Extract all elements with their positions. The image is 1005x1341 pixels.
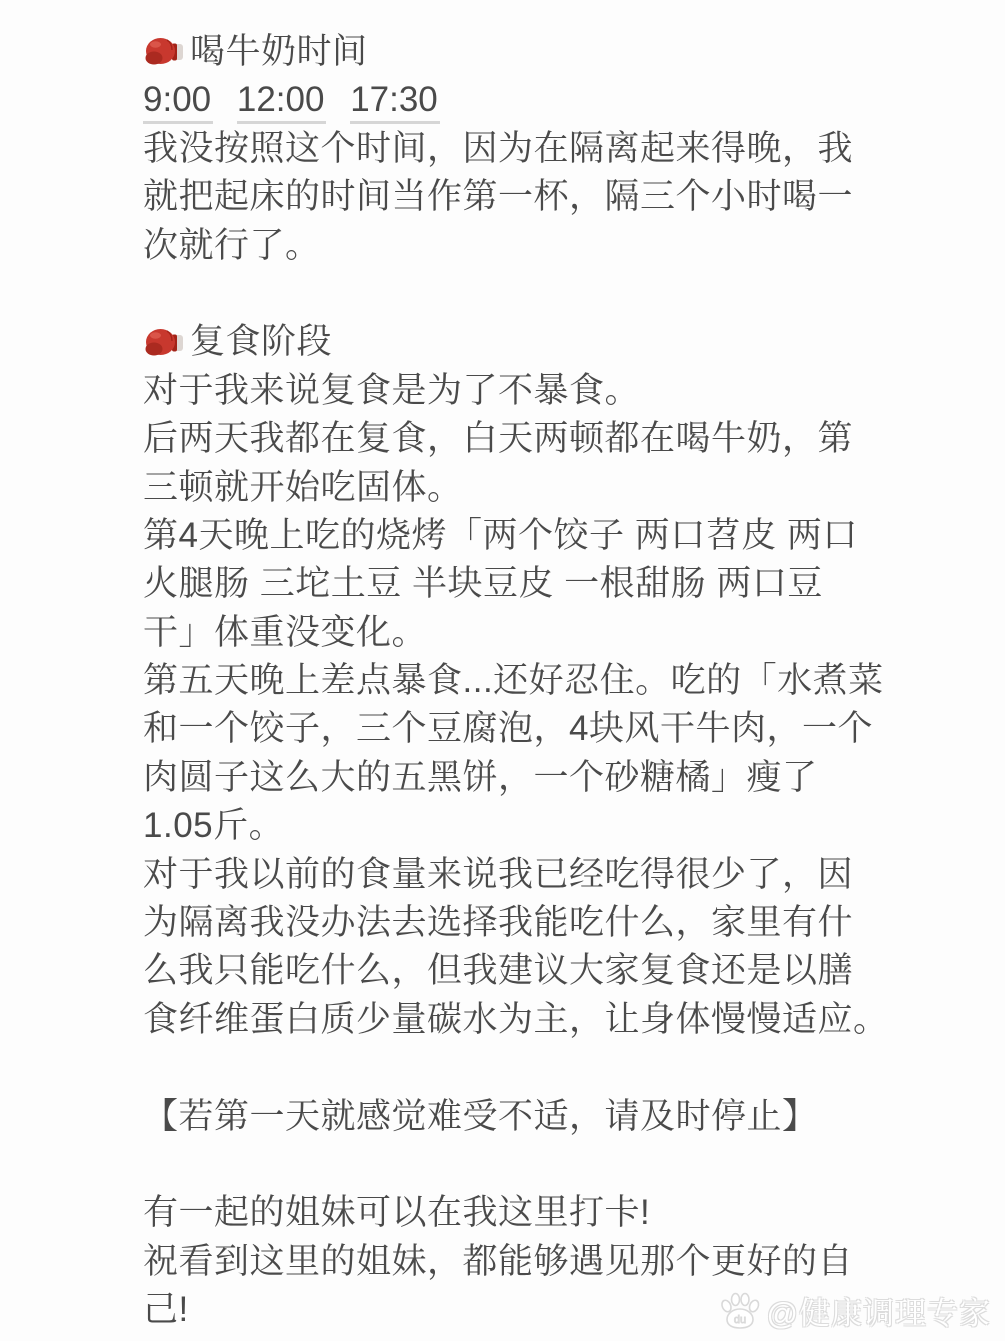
text-line: 对于我以前的食量来说我已经吃得很少了，因 [143, 851, 975, 899]
refeeding-heading-label: 复食阶段 [190, 318, 332, 366]
text-line: 为隔离我没办法去选择我能吃什么，家里有什 [143, 899, 975, 947]
blank-line [143, 1141, 975, 1189]
text-line: 对于我来说复食是为了不暴食。 [143, 367, 975, 415]
milk-time-heading-label: 喝牛奶时间 [190, 28, 368, 76]
baidu-paw-icon: du [719, 1291, 761, 1331]
closing-line: 祝看到这里的姐妹，都能够遇见那个更好的自 [143, 1238, 975, 1286]
post-body: 喝牛奶时间 9:00 12:00 17:30 我没按照这个时间，因为在隔离起来得… [0, 0, 1005, 1341]
watermark-handle: @健康调理专家 [767, 1288, 991, 1333]
text-line: 次就行了。 [143, 222, 975, 270]
time-value-2: 12:00 [237, 79, 327, 124]
refeeding-heading: 复食阶段 [143, 318, 975, 366]
blank-line [143, 1044, 975, 1092]
closing-line: 有一起的姐妹可以在我这里打卡! [143, 1189, 975, 1237]
watermark: du @健康调理专家 [719, 1288, 991, 1333]
text-line: 么我只能吃什么，但我建议大家复食还是以膳 [143, 947, 975, 995]
milk-time-heading: 喝牛奶时间 [143, 28, 975, 76]
text-line: 第五天晚上差点暴食...还好忍住。吃的「水煮菜 [143, 657, 975, 705]
text-line: 食纤维蛋白质少量碳水为主，让身体慢慢适应。 [143, 996, 975, 1044]
text-line: 我没按照这个时间，因为在隔离起来得晚，我 [143, 125, 975, 173]
text-line: 火腿肠 三坨土豆 半块豆皮 一根甜肠 两口豆 [143, 560, 975, 608]
warning-line: 【若第一天就感觉难受不适，请及时停止】 [143, 1093, 975, 1141]
text-line: 1.05斤。 [143, 802, 975, 850]
boxing-glove-icon [143, 30, 187, 74]
text-line: 和一个饺子，三个豆腐泡，4块风干牛肉，一个 [143, 705, 975, 753]
time-value-1: 9:00 [143, 79, 213, 124]
text-line: 后两天我都在复食，白天两顿都在喝牛奶，第 [143, 415, 975, 463]
paw-du-label: du [733, 1314, 745, 1326]
milk-times: 9:00 12:00 17:30 [143, 76, 975, 124]
boxing-glove-icon [143, 321, 187, 365]
text-line: 三顿就开始吃固体。 [143, 464, 975, 512]
text-line: 干」体重没变化。 [143, 609, 975, 657]
blank-line [143, 270, 975, 318]
text-line: 第4天晚上吃的烧烤「两个饺子 两口苕皮 两口 [143, 512, 975, 560]
time-value-3: 17:30 [350, 79, 440, 124]
text-line: 肉圆子这么大的五黑饼，一个砂糖橘」瘦了 [143, 754, 975, 802]
text-line: 就把起床的时间当作第一杯，隔三个小时喝一 [143, 173, 975, 221]
